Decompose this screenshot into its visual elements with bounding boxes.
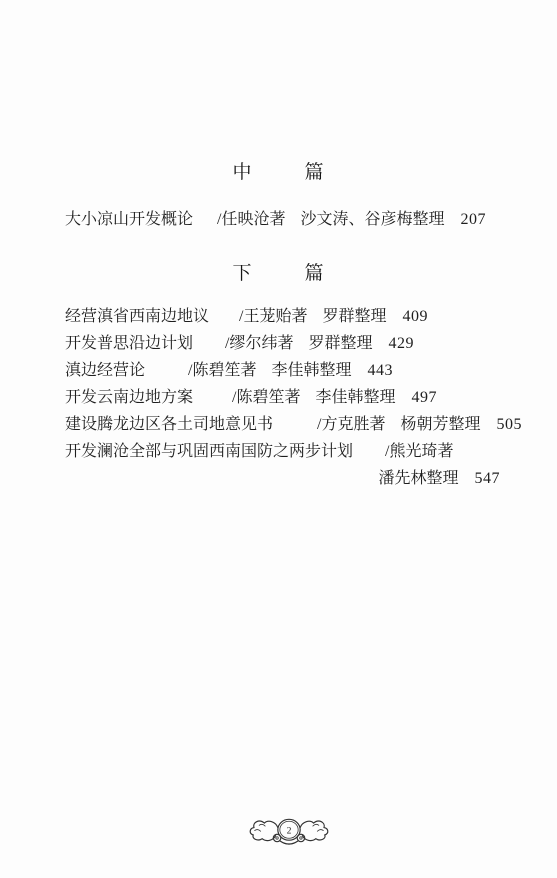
toc-entry: 建设腾龙边区各土司地意见书 /方克胜著 杨朝芳整理 505: [65, 411, 522, 434]
entry-author: /方克胜著: [317, 411, 385, 434]
entry-title: 滇边经营论: [65, 357, 145, 380]
heading-char: 篇: [305, 157, 325, 184]
entry-title: 经营滇省西南边地议: [65, 303, 209, 326]
toc-entry: 开发澜沧全部与巩固西南国防之两步计划 /熊光琦著: [65, 438, 468, 461]
entry-page-number: 505: [496, 416, 522, 434]
toc-page: 中 篇 大小凉山开发概论 /任映沧著 沙文涛、谷彦梅整理 207 下 篇 经营滇…: [0, 0, 557, 878]
entry-author: /任映沧著: [217, 206, 285, 229]
entry-title: 开发澜沧全部与巩固西南国防之两步计划: [65, 438, 353, 461]
entry-title: 开发云南边地方案: [65, 384, 193, 407]
entry-page-number: 207: [460, 211, 486, 229]
entry-author: /陈碧笙著: [188, 357, 256, 380]
entry-author: /缪尔纬著: [225, 330, 293, 353]
entry-editors: 罗群整理: [322, 303, 386, 326]
entry-author: /陈碧笙著: [232, 384, 300, 407]
entry-editors: 罗群整理: [308, 330, 372, 353]
entry-title: 大小凉山开发概论: [65, 206, 193, 229]
folio-page-number: 2: [287, 825, 292, 836]
entry-page-number: 409: [402, 308, 428, 326]
section-heading-lower: 下 篇: [0, 258, 557, 285]
entry-editors: 李佳韩整理: [315, 384, 395, 407]
entry-author: /熊光琦著: [385, 438, 453, 461]
toc-entry-continuation: 潘先林整理 547: [378, 465, 500, 488]
heading-char: 篇: [305, 258, 325, 285]
heading-char: 下: [232, 258, 252, 285]
entry-editors: 李佳韩整理: [271, 357, 351, 380]
section-heading-middle: 中 篇: [0, 157, 557, 184]
toc-entry: 滇边经营论 /陈碧笙著 李佳韩整理 443: [65, 357, 393, 380]
entry-title: 开发普思沿边计划: [65, 330, 193, 353]
heading-char: 中: [232, 157, 252, 184]
entry-page-number: 429: [388, 335, 414, 353]
toc-entry: 开发云南边地方案 /陈碧笙著 李佳韩整理 497: [65, 384, 437, 407]
entry-editors: 杨朝芳整理: [400, 411, 480, 434]
entry-author: /王茏贻著: [239, 303, 307, 326]
entry-title: 建设腾龙边区各土司地意见书: [65, 411, 273, 434]
footer-ornament: 2: [248, 815, 330, 849]
entry-editors: 潘先林整理: [378, 465, 458, 488]
ornament-graphic: 2: [248, 815, 330, 849]
entry-page-number: 497: [411, 389, 437, 407]
entry-editors: 沙文涛、谷彦梅整理: [300, 206, 444, 229]
toc-entry: 经营滇省西南边地议 /王茏贻著 罗群整理 409: [65, 303, 428, 326]
entry-page-number: 443: [367, 362, 393, 380]
toc-entry: 开发普思沿边计划 /缪尔纬著 罗群整理 429: [65, 330, 414, 353]
toc-entry: 大小凉山开发概论 /任映沧著 沙文涛、谷彦梅整理 207: [65, 206, 486, 229]
entry-page-number: 547: [475, 470, 501, 488]
